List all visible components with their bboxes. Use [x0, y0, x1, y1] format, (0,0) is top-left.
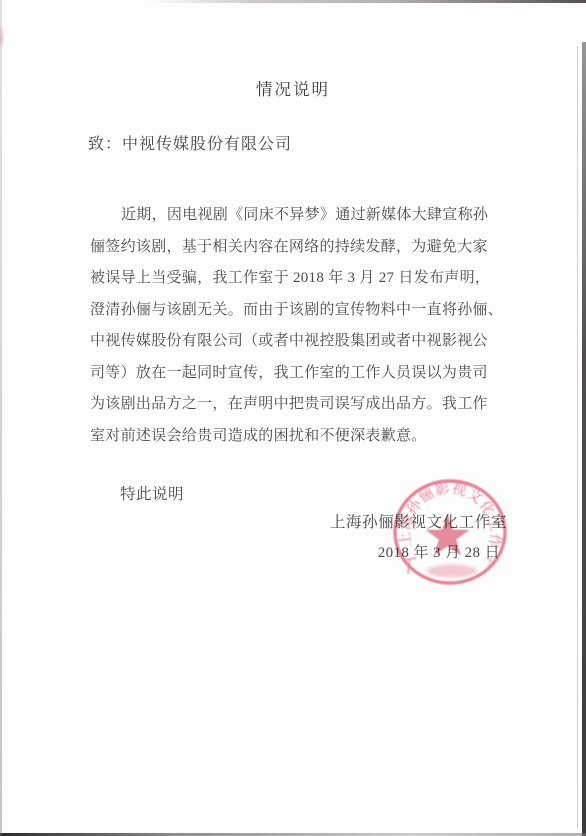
seal-bottom-smudge — [427, 565, 477, 578]
ink-smudge — [0, 26, 5, 50]
body-line: 近期，因电视剧《同床不异梦》通过新媒体大肆宣称孙 — [90, 200, 518, 232]
body-line: 俪签约该剧，基于相关内容在网络的持续发酵，为避免大家 — [90, 232, 518, 264]
scanned-letter-page: 情况说明 致：中视传媒股份有限公司 近期，因电视剧《同床不异梦》通过新媒体大肆宣… — [0, 0, 586, 836]
document-title: 情况说明 — [0, 76, 586, 100]
date-line: 2018 年 3 月 28 日 — [0, 541, 586, 562]
scan-edge-left — [0, 0, 2, 836]
body-line: 司等）放在一起同时宣传，我工作室的工作人员误以为贵司 — [90, 358, 518, 390]
seal-graphic: 上海孙俪影视文化工作室 — [382, 468, 518, 600]
body-line: 被误导上当受骗，我工作室于 2018 年 3 月 27 日发布声明， — [90, 263, 518, 295]
body-paragraph: 近期，因电视剧《同床不异梦》通过新媒体大肆宣称孙 俪签约该剧，基于相关内容在网络… — [90, 200, 518, 452]
official-seal-stamp: 上海孙俪影视文化工作室 — [382, 468, 518, 600]
scan-fold-line — [577, 46, 578, 828]
signature-line: 上海孙俪影视文化工作室 — [0, 510, 586, 532]
scan-edge-right — [582, 42, 586, 836]
body-line: 澄清孙俪与该剧无关。而由于该剧的宣传物料中一直将孙俪、 — [90, 295, 518, 327]
body-line: 中视传媒股份有限公司（或者中视控股集团或者中视影视公 — [90, 326, 518, 358]
body-line: 室对前述误会给贵司造成的困扰和不便深表歉意。 — [90, 421, 518, 453]
scan-edge-top — [148, 0, 586, 3]
seal-curved-text: 上海孙俪影视文化工作室 — [382, 468, 504, 550]
body-line: 为该剧出品方之一，在声明中把贵司误写成出品方。我工作 — [90, 389, 518, 421]
addressee-line: 致：中视传媒股份有限公司 — [88, 131, 292, 154]
seal-ring — [395, 481, 505, 583]
closing-line: 特此说明 — [120, 482, 184, 504]
